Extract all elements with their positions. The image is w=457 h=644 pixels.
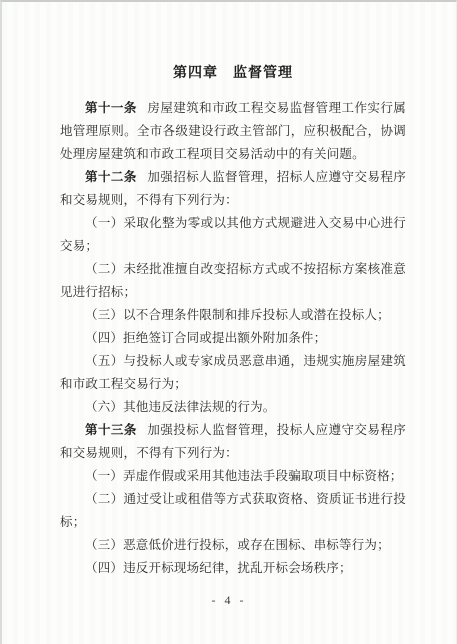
article-13-item-1: （一）弄虚作假或采用其他违法手段骗取项目中标资格； (60, 465, 406, 488)
article-12-item-2: （二）未经批准擅自改变招标方式或不按招标方案核准意见进行招标； (60, 258, 406, 304)
article-13-paragraph: 第十三条加强投标人监督管理，投标人应遵守交易程序和交易规则，不得有下列行为： (60, 419, 406, 465)
article-13-item-3: （三）恶意低价进行投标，或存在围标、串标等行为； (60, 534, 406, 557)
article-12-item-1: （一）采取化整为零或以其他方式规避进入交易中心进行交易； (60, 212, 406, 258)
article-13-number: 第十三条 (85, 423, 137, 437)
document-page: 第四章 监督管理 第十一条房屋建筑和市政工程交易监督管理工作实行属地管理原则。全… (2, 2, 456, 580)
article-12-item-6: （六）其他违反法律法规的行为。 (60, 396, 406, 419)
article-11-paragraph: 第十一条房屋建筑和市政工程交易监督管理工作实行属地管理原则。全市各级建设行政主管… (60, 97, 406, 166)
chapter-title: 第四章 监督管理 (60, 64, 406, 84)
article-12-number: 第十二条 (85, 170, 137, 184)
article-12-item-4: （四）拒绝签订合同或提出额外附加条件； (60, 327, 406, 350)
article-11-number: 第十一条 (85, 101, 137, 115)
page-number: - 4 - (2, 593, 456, 608)
article-13-item-4: （四）违反开标现场纪律，扰乱开标会场秩序； (60, 557, 406, 580)
article-12-item-5: （五）与投标人或专家成员恶意串通，违规实施房屋建筑和市政工程交易行为； (60, 350, 406, 396)
scanned-page: 第四章 监督管理 第十一条房屋建筑和市政工程交易监督管理工作实行属地管理原则。全… (0, 0, 457, 644)
article-13-item-2: （二）通过受让或租借等方式获取资格、资质证书进行投标； (60, 488, 406, 534)
article-12-item-3: （三）以不合理条件限制和排斥投标人或潜在投标人； (60, 304, 406, 327)
article-12-paragraph: 第十二条加强招标人监督管理，招标人应遵守交易程序和交易规则，不得有下列行为： (60, 166, 406, 212)
